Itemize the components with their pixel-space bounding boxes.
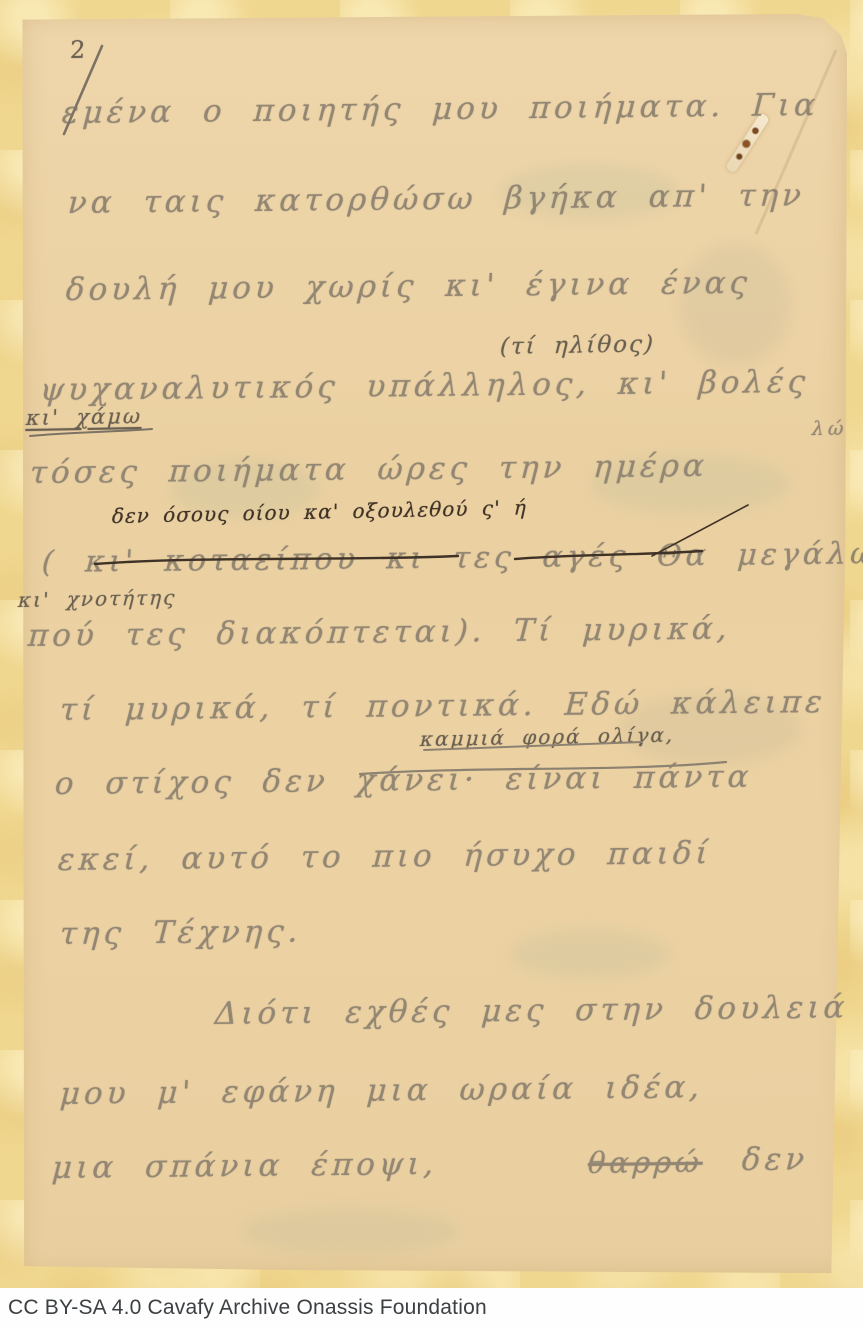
show-through-blotch	[240, 1209, 460, 1254]
manuscript-page	[20, 14, 847, 1275]
license-caption-text: CC BY-SA 4.0 Cavafy Archive Onassis Foun…	[8, 1296, 487, 1320]
show-through-blotch	[510, 929, 670, 979]
show-through-blotch	[620, 694, 800, 764]
show-through-blotch	[170, 459, 320, 519]
show-through-blotch	[500, 164, 680, 219]
license-caption-bar: CC BY-SA 4.0 Cavafy Archive Onassis Foun…	[0, 1288, 863, 1327]
show-through-blotch	[680, 244, 790, 364]
show-through-blotch	[590, 454, 790, 514]
